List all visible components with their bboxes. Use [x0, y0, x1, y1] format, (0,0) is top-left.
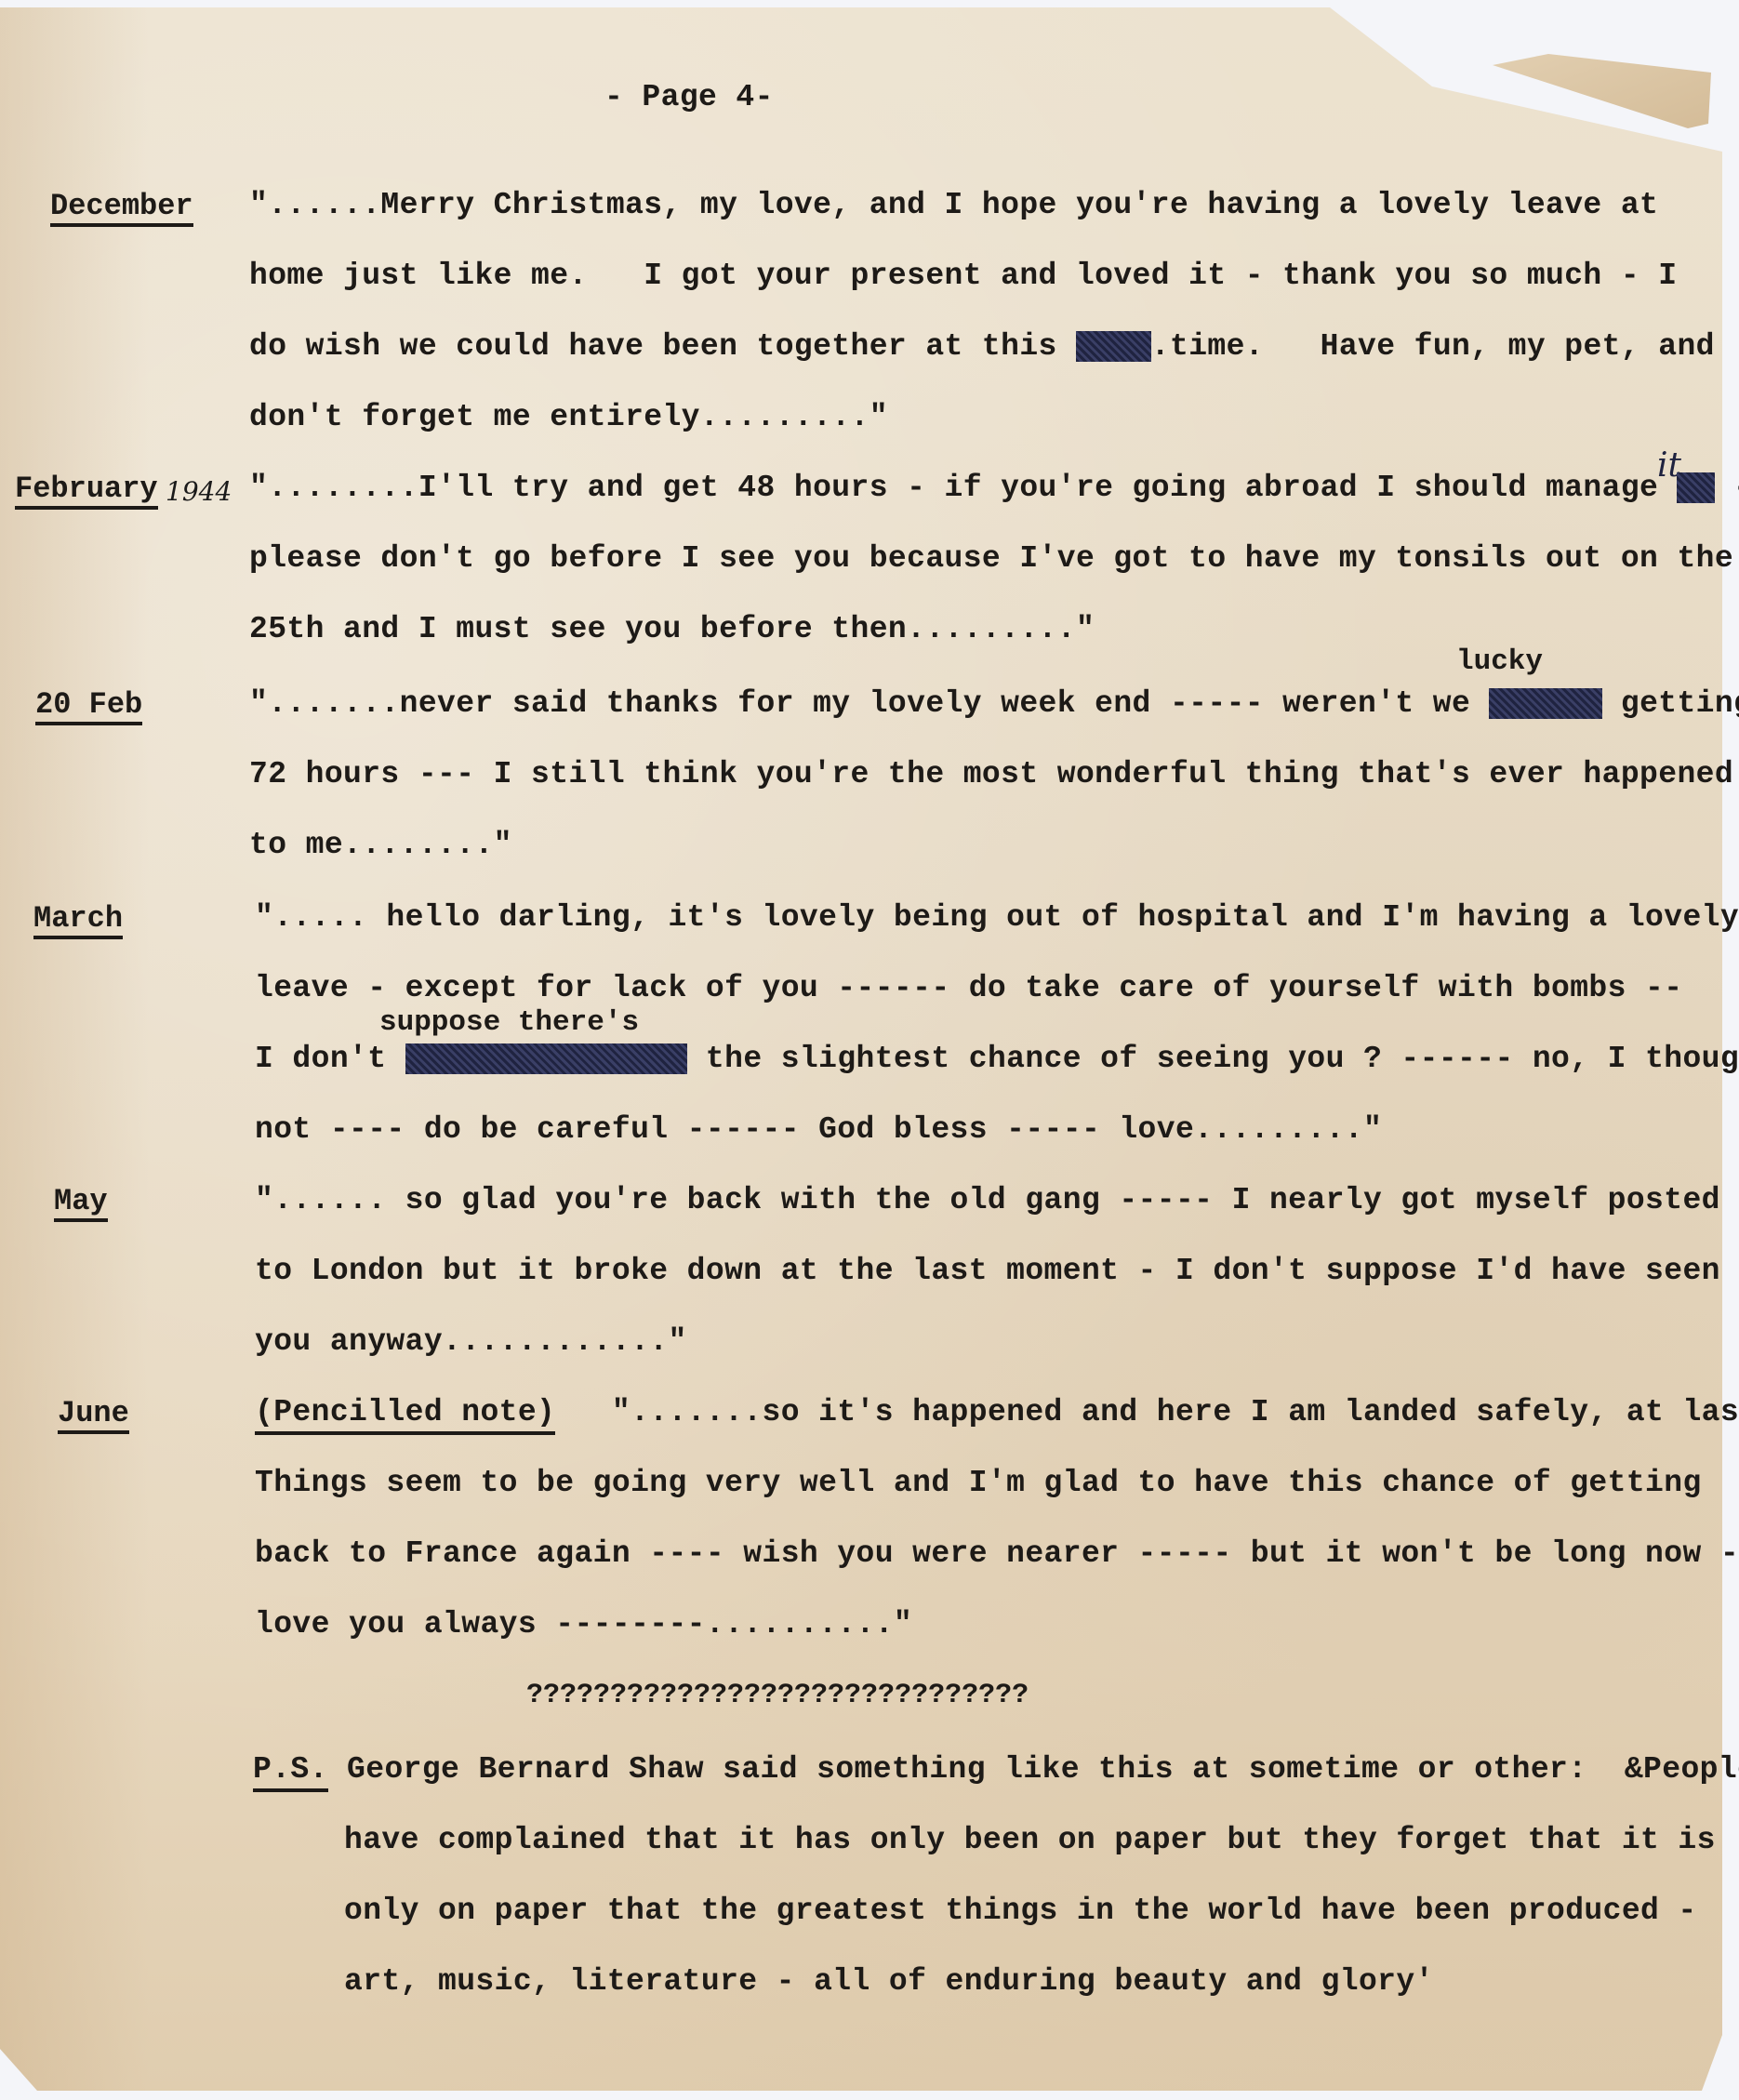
- entry-line: do wish we could have been together at t…: [249, 331, 1715, 362]
- entry-date-june: June: [58, 1399, 129, 1434]
- entry-line: "......Merry Christmas, my love, and I h…: [249, 190, 1658, 220]
- entry-line: Things seem to be going very well and I'…: [255, 1468, 1702, 1498]
- line-text: .time. Have fun, my pet, and: [1151, 329, 1715, 364]
- entry-line: 72 hours --- I still think you're the mo…: [249, 759, 1733, 790]
- entry-line: (Pencilled note) ".......so it's happene…: [255, 1397, 1739, 1428]
- inserted-words: suppose there's: [379, 1006, 639, 1039]
- entry-date-may: May: [54, 1187, 108, 1222]
- entry-date-march: March: [33, 904, 123, 939]
- entry-line: love you always --------..........": [255, 1609, 912, 1640]
- question-mark-divider: ??????????????????????????????: [526, 1681, 1029, 1709]
- entry-line: you anyway............": [255, 1326, 687, 1357]
- inserted-word: lucky: [1456, 645, 1543, 678]
- pencilled-note-label: (Pencilled note): [255, 1395, 555, 1435]
- entry-line: "...... so glad you're back with the old…: [255, 1185, 1720, 1216]
- line-text: ".......never said thanks for my lovely …: [249, 686, 1489, 721]
- entry-line: to me........": [249, 830, 512, 860]
- entry-line: "........I'll try and get 48 hours - if …: [249, 472, 1739, 503]
- entry-line: "..... hello darling, it's lovely being …: [255, 902, 1739, 933]
- handwritten-year: 1944: [166, 476, 232, 507]
- entry-date-20-feb: 20 Feb: [35, 690, 142, 725]
- entry-line: to London but it broke down at the last …: [255, 1256, 1720, 1286]
- line-text: George Bernard Shaw said something like …: [328, 1752, 1739, 1787]
- entry-line: I don't XXXXXXXXXXXXXXX the slightest ch…: [255, 1043, 1739, 1074]
- postscript-line: have complained that it has only been on…: [344, 1825, 1716, 1855]
- entry-line: back to France again ---- wish you were …: [255, 1538, 1739, 1569]
- entry-date-december: December: [50, 192, 193, 227]
- entry-line: please don't go before I see you because…: [249, 543, 1733, 574]
- postscript-line: art, music, literature - all of enduring…: [344, 1966, 1434, 1997]
- line-text: do wish we could have been together at t…: [249, 329, 1076, 364]
- line-text: getting: [1602, 686, 1739, 721]
- postscript-label: P.S.: [253, 1752, 328, 1792]
- struck-out-text: it: [1677, 472, 1714, 503]
- entry-line: not ---- do be careful ------ God bless …: [255, 1114, 1382, 1145]
- line-text: ".......so it's happened and here I am l…: [555, 1395, 1739, 1429]
- line-text: I don't: [255, 1042, 405, 1076]
- page-header: - Page 4-: [604, 82, 774, 113]
- entry-line: 25th and I must see you before then.....…: [249, 614, 1095, 645]
- entry-date-february: February: [15, 474, 158, 510]
- struck-out-text: XXXX: [1076, 331, 1151, 362]
- postscript-first-line: P.S. George Bernard Shaw said something …: [253, 1754, 1739, 1785]
- struck-out-text: XXXXXXXXXXXXXXX: [405, 1043, 687, 1074]
- entry-line: leave - except for lack of you ------ do…: [255, 973, 1682, 1003]
- entry-line: don't forget me entirely.........": [249, 402, 888, 432]
- postscript-line: only on paper that the greatest things i…: [344, 1895, 1697, 1926]
- line-text: the slightest chance of seeing you ? ---…: [687, 1042, 1739, 1076]
- entry-line: ".......never said thanks for my lovely …: [249, 688, 1739, 719]
- struck-out-text: XXXXXX: [1489, 688, 1601, 719]
- line-text: -: [1715, 471, 1739, 505]
- entry-line: home just like me. I got your present an…: [249, 260, 1677, 291]
- line-text: "........I'll try and get 48 hours - if …: [249, 471, 1677, 505]
